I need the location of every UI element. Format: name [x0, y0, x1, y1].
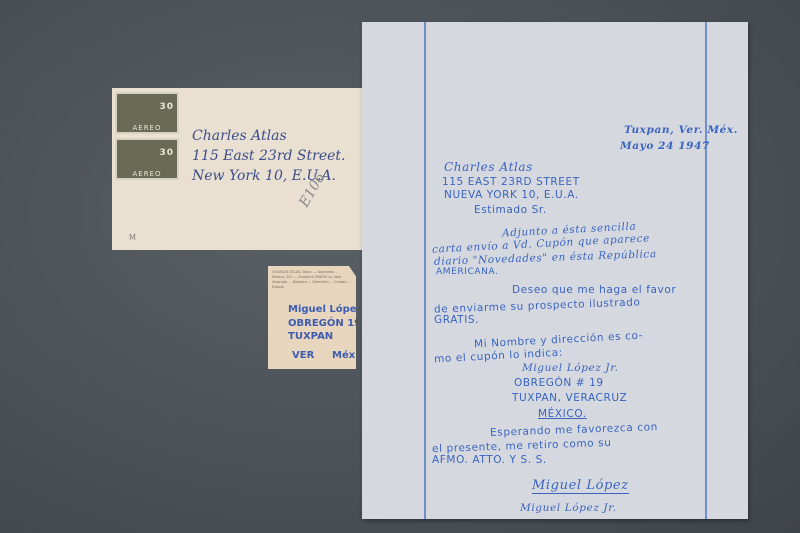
- closing-line: Esperando me favorezca con: [490, 421, 658, 439]
- coupon-printed-text: CHARLES ATLAS, Dept. — Apartado ... Mexi…: [272, 270, 352, 290]
- sender-city: TUXPAN, VERACRUZ: [512, 392, 627, 404]
- coupon-address: OBREGÓN 19: [288, 318, 361, 329]
- postage-stamp: 30 AEREO: [115, 92, 179, 134]
- letter-date: Mayo 24 1947: [620, 140, 710, 152]
- recipient-city: NUEVA YORK 10, E.U.A.: [444, 189, 579, 201]
- salutation: Estimado Sr.: [474, 204, 547, 216]
- sender-name: Miguel López Jr.: [522, 362, 619, 374]
- coupon-state: VER: [292, 350, 314, 361]
- recipient-street: 115 EAST 23RD STREET: [442, 176, 580, 188]
- coupon-name: Miguel López: [288, 304, 362, 315]
- corner-mark: M: [129, 233, 136, 242]
- signature: Miguel López: [532, 478, 629, 494]
- sender-country: MÉXICO.: [538, 408, 587, 420]
- body-line: de enviarme su prospecto ilustrado: [434, 296, 641, 315]
- body-line: GRATIS.: [434, 314, 479, 326]
- envelope-addressee: Charles Atlas: [192, 128, 287, 144]
- postage-stamp: 30 AEREO: [115, 138, 179, 180]
- sender-street: OBREGÓN # 19: [514, 377, 604, 389]
- coupon-country: Méx.: [332, 350, 359, 361]
- coupon-city: TUXPAN: [288, 331, 333, 342]
- margin-line-right: [705, 22, 707, 519]
- printed-name: Miguel López Jr.: [520, 502, 617, 514]
- closing-line: el presente, me retiro como su: [432, 437, 612, 455]
- newspaper-coupon: CHARLES ATLAS, Dept. — Apartado ... Mexi…: [268, 266, 356, 369]
- body-line: AMERICANA.: [436, 267, 499, 277]
- margin-line-left: [424, 22, 426, 519]
- recipient-name: Charles Atlas: [444, 160, 533, 174]
- letter-place: Tuxpan, Ver. Méx.: [624, 124, 738, 136]
- envelope-street: 115 East 23rd Street.: [192, 148, 345, 164]
- handwritten-letter: Tuxpan, Ver. Méx. Mayo 24 1947 Charles A…: [362, 22, 748, 519]
- body-line: Deseo que me haga el favor: [512, 284, 676, 296]
- closing-line: AFMO. ATTO. Y S. S.: [432, 454, 547, 466]
